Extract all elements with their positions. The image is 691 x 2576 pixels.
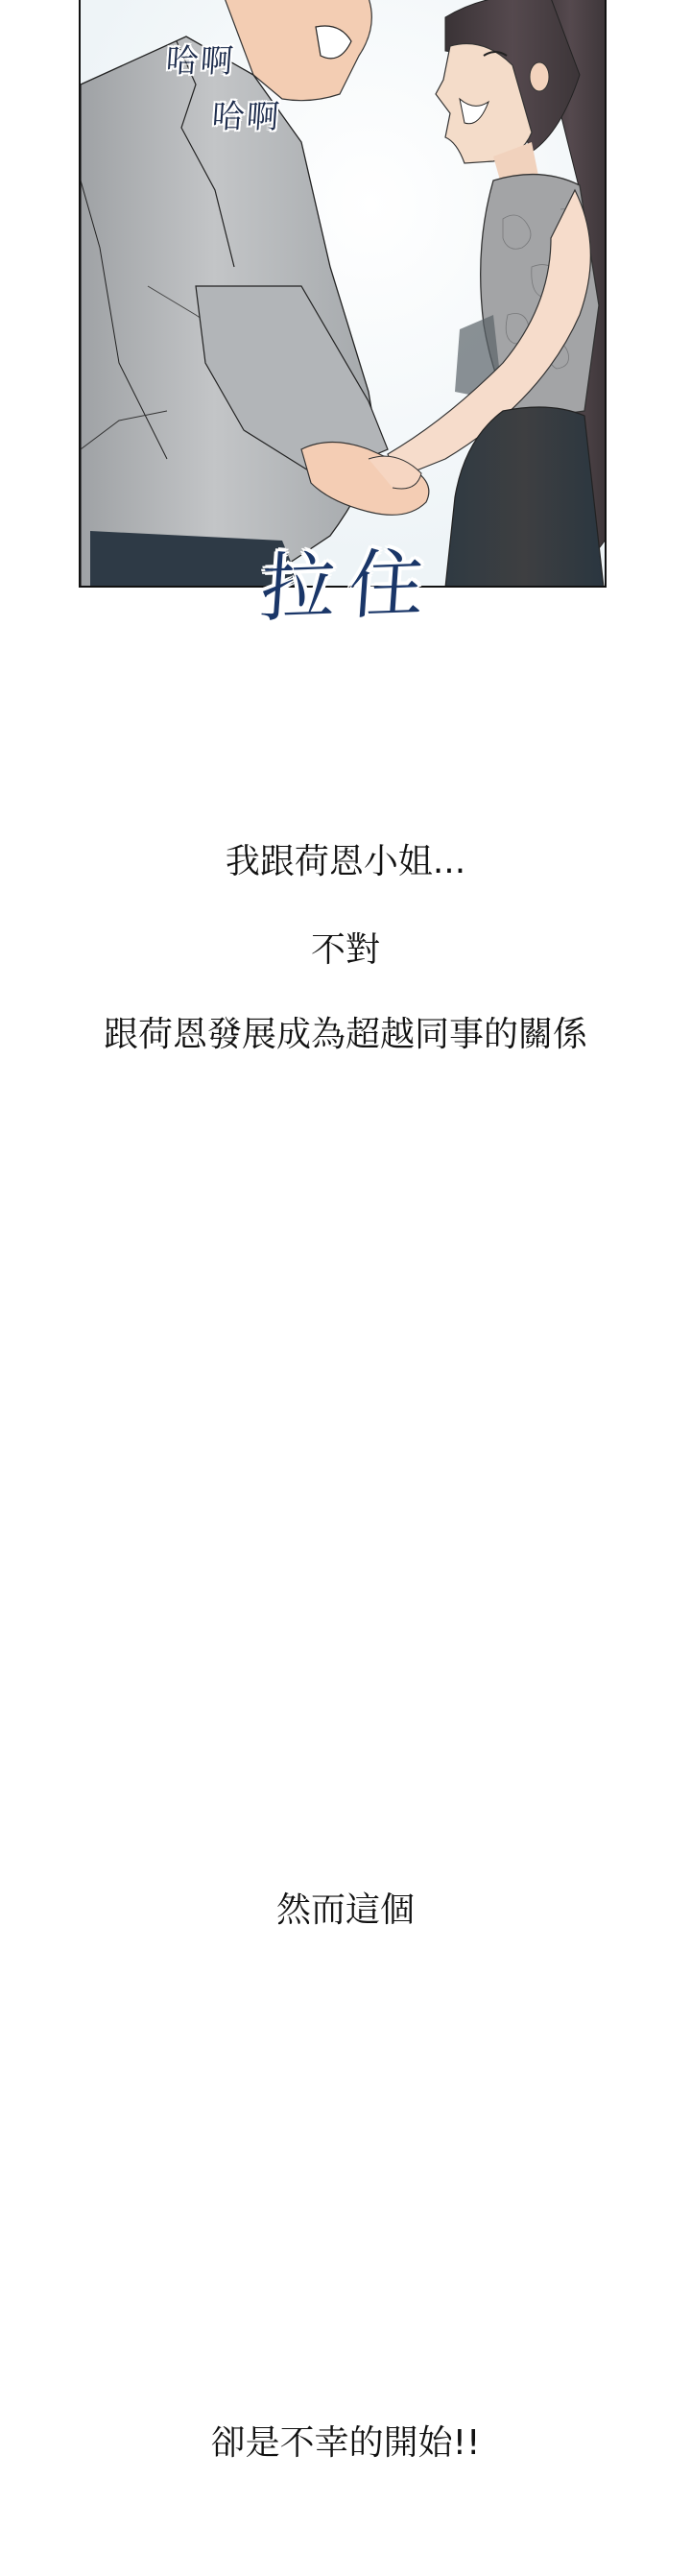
sfx-gasp-2: 哈啊	[210, 90, 282, 137]
narration-line-1: 我跟荷恩小姐...	[0, 843, 691, 881]
narration-line-2: 不對	[0, 931, 691, 970]
narration-line-5: 卻是不幸的開始!!	[0, 2424, 691, 2463]
comic-panel: 哈啊 哈啊	[79, 0, 607, 588]
sfx-grab: 拉住	[257, 523, 441, 638]
narration-line-4: 然而這個	[0, 1891, 691, 1930]
narration-line-3: 跟荷恩發展成為超越同事的關係	[0, 1016, 691, 1054]
panel-illustration	[81, 0, 607, 588]
sfx-gasp-1: 哈啊	[164, 35, 236, 82]
